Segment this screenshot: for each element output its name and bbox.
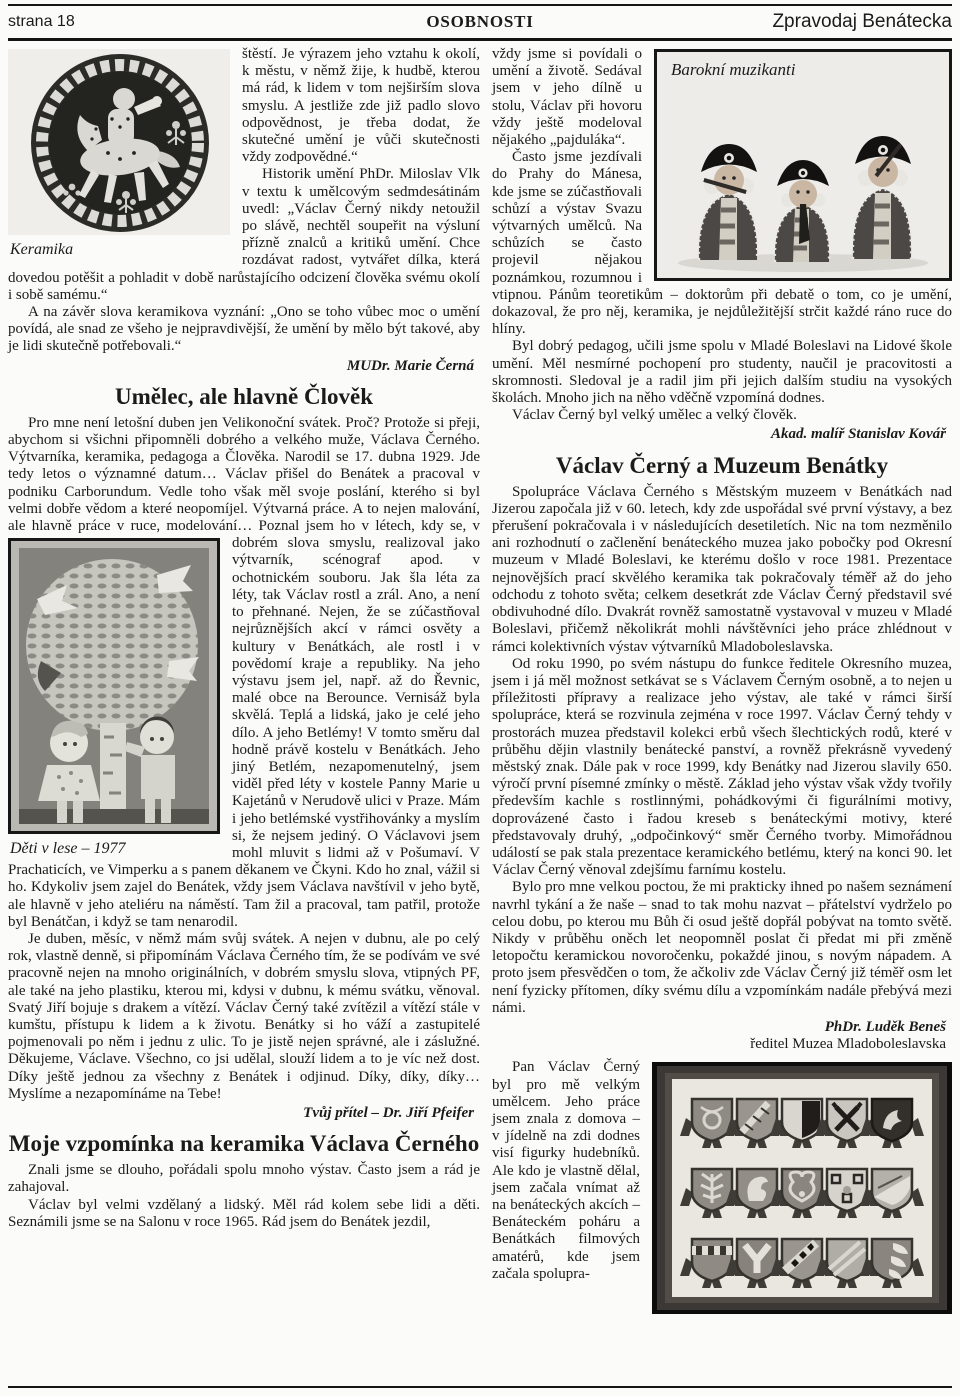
- bottom-rule: [8, 1386, 952, 1388]
- article5-paragraph-1: Spolupráce Václava Černého s Městským mu…: [492, 484, 952, 656]
- page-header: strana 18 OSOBNOSTI Zpravodaj Benátecka: [8, 4, 952, 41]
- intro-signature: MUDr. Marie Černá: [8, 358, 480, 375]
- right-cont-paragraph-4: Václav Černý byl velký umělec a velký čl…: [492, 407, 952, 424]
- intro-paragraph-3: A na závěr slova keramikova vyznání: „On…: [8, 304, 480, 356]
- right-cont2-text: Pan Václav Černý byl pro mě velkým umělc…: [492, 1059, 640, 1281]
- erby-figure: [652, 1062, 952, 1314]
- article3-paragraph-2: Václav byl velmi vzdělaný a lidský. Měl …: [8, 1197, 480, 1231]
- article3-paragraph-1: Znali jsme se dlouho, pořádali spolu mno…: [8, 1162, 480, 1196]
- article2-paragraph-1: Pro mne není letošní duben jen Velikonoč…: [8, 415, 480, 931]
- deti-v-lese-photo: [8, 538, 220, 834]
- deti-v-lese-caption: Děti v lese – 1977: [10, 839, 220, 859]
- article5-paragraph-3: Bylo pro mne velkou poctou, že mi prakti…: [492, 879, 952, 1017]
- barokni-muzikanti-figure: Barokní muzikanti: [654, 49, 952, 281]
- article3-title: Moje vzpomínka na keramika Václava Černé…: [8, 1131, 480, 1157]
- barokni-muzikanti-photo: Barokní muzikanti: [654, 49, 952, 281]
- baroque-musician-figurines-image: [657, 52, 949, 278]
- article5-title: Václav Černý a Muzeum Benátky: [492, 453, 952, 479]
- right-column: Barokní muzikanti vždy jsme si povídali …: [492, 46, 952, 1318]
- article2-signature: Tvůj přítel – Dr. Jiří Pfeifer: [8, 1105, 480, 1122]
- keramika-photo: [8, 49, 230, 235]
- article5-signature-role: ředitel Muzea Mladoboleslavska: [492, 1036, 952, 1053]
- article2-p1-part-a: Pro mne není letošní duben jen Velikonoč…: [8, 415, 480, 551]
- newspaper-page: strana 18 OSOBNOSTI Zpravodaj Benátecka: [0, 0, 960, 1396]
- right-cont-paragraph-3: Byl dobrý pedagog, učili jsme spolu v Ml…: [492, 338, 952, 407]
- deti-v-lese-figure: Děti v lese – 1977: [8, 538, 220, 859]
- article2-paragraph-2: Je duben, měsíc, v němž mám svůj svátek.…: [8, 931, 480, 1103]
- ceramic-plate-horse-rider-image: [8, 49, 230, 235]
- right-cont-signature: Akad. malíř Stanislav Kovář: [492, 426, 952, 443]
- article5-signature: PhDr. Luděk Beneš: [492, 1019, 952, 1036]
- article5-paragraph-2: Od roku 1990, po svém nástupu do funkce …: [492, 656, 952, 880]
- children-in-forest-relief-image: [11, 541, 217, 831]
- ceramic-coats-of-arms-panel-image: [652, 1062, 952, 1314]
- keramika-caption: Keramika: [10, 240, 230, 260]
- right-cont2-paragraph-1: Pan Václav Černý byl pro mě velkým umělc…: [492, 1059, 952, 1283]
- article2-title: Umělec, ale hlavně Člověk: [8, 384, 480, 410]
- barokni-muzikanti-caption: Barokní muzikanti: [671, 60, 796, 80]
- keramika-figure: Keramika: [8, 49, 230, 260]
- erby-photo: [652, 1062, 952, 1314]
- section-title: OSOBNOSTI: [8, 12, 952, 32]
- left-column: Keramika štěstí. Je výrazem jeho vztahu …: [8, 46, 480, 1231]
